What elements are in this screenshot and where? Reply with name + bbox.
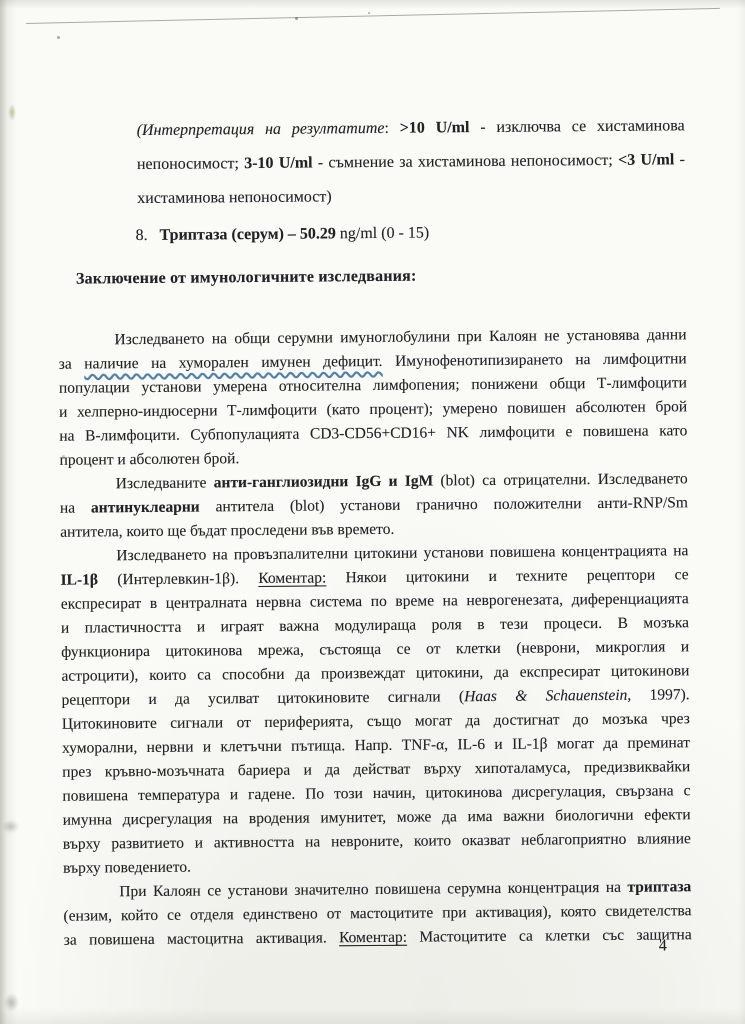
text-run: IL-1β xyxy=(61,571,99,588)
text-run: за xyxy=(59,356,85,373)
text-run: Haas & Schauenstein xyxy=(464,687,627,705)
text-run: върху поведението. xyxy=(63,859,191,877)
text-run: върху развитието и активността на неврон… xyxy=(63,830,691,852)
text-run: <3 U/ml xyxy=(618,151,674,168)
text-run: Изследваните xyxy=(116,474,214,492)
conclusion-heading: Заключение от имунологичните изследвания… xyxy=(76,268,417,289)
text-run: ng/ml (0 - 15) xyxy=(336,224,429,242)
document-content: (Интерпретация на резултатите: >10 U/ml … xyxy=(0,0,745,1024)
text-run: - xyxy=(674,151,685,168)
text-run: астроцити), които са способни да произве… xyxy=(61,662,689,684)
text-run: , 1997). xyxy=(627,686,689,704)
text-run: 3-10 U/ml xyxy=(244,155,313,173)
conclusion-body: Изследването на общи серумни имуноглобул… xyxy=(58,323,691,952)
text-run: (Интерлевкин-1β). xyxy=(98,570,258,588)
text-run: - съмнение за хистаминова непоносимост; xyxy=(313,152,619,172)
text-run: Изследването на общи серумни имуноглобул… xyxy=(114,326,686,348)
scan-background: (Интерпретация на резултатите: >10 U/ml … xyxy=(0,0,745,1024)
text-line: за повишена мастоцитна активация. Комент… xyxy=(64,923,692,952)
text-run: експресират в централната нервна система… xyxy=(61,590,689,612)
interpretation-note: (Интерпретация на резултатите: >10 U/ml … xyxy=(137,109,686,216)
text-run: (Интерпретация на резултатите xyxy=(137,120,385,139)
text-run: Коментар: xyxy=(258,569,326,587)
text-run: процент и абсолютен брой. xyxy=(59,450,239,469)
text-run: (ензим, който се отделя единствено от ма… xyxy=(63,902,691,924)
text-run: хуморални, нервни и клетъчни пътища. Нап… xyxy=(62,734,690,756)
text-line: 8. Триптаза (серум) – 50.29 ng/ml (0 - 1… xyxy=(135,220,565,248)
text-line: непоносимост; 3-10 U/ml - съмнение за хи… xyxy=(137,143,685,182)
text-run: на В-лимфоцити. Субпопулацията CD3-CD56+… xyxy=(59,422,687,444)
paragraph-tryptase-comment: При Калоян се установи значително повише… xyxy=(63,875,692,952)
text-run: Коментар: xyxy=(339,929,407,947)
page-number: 4 xyxy=(659,937,667,955)
text-run: хистаминова непоносимост) xyxy=(137,188,332,207)
text-run: антитела (blot) установи гранично положи… xyxy=(200,494,688,515)
text-run: и пластичността и играят важна модулиращ… xyxy=(61,614,689,636)
text-run: антинуклеарни xyxy=(91,499,200,517)
scanned-document-page: { "page_number": "4", "colors": { "paper… xyxy=(0,0,745,1024)
paragraph-immunophenotyping: Изследването на общи серумни имуноглобул… xyxy=(58,323,687,472)
text-run: рецептори и да усилват цитокиновите сигн… xyxy=(62,688,465,709)
text-run: функционира цитокинова мрежа, състояща с… xyxy=(61,638,689,660)
text-run: на xyxy=(60,499,91,516)
text-run: триптаза xyxy=(627,878,691,896)
text-run: 8. xyxy=(136,227,160,244)
text-run: през кръвно-мозъчната бариера и да дейст… xyxy=(62,758,690,780)
text-run: непоносимост; xyxy=(137,155,244,173)
text-run: - изключва се хистаминова xyxy=(469,117,684,136)
paragraph-cytokines-comment: Изследването на провъзпалителни цитокини… xyxy=(60,539,691,880)
text-run: Триптаза (серум) – 50.29 xyxy=(160,225,336,244)
pen-underlined-text: наличие на хуморален имунен дефицит. xyxy=(84,353,382,373)
text-run: имунна дисрегулация на вродения имунитет… xyxy=(63,806,691,828)
text-run: >10 U/ml xyxy=(400,119,470,137)
text-run: повишена температура и гадене. По този н… xyxy=(62,782,690,804)
lab-result-item-tryptase: 8. Триптаза (серум) – 50.29 ng/ml (0 - 1… xyxy=(135,220,565,248)
text-run: Имунофенотипизирането на лимфоцитни xyxy=(382,350,686,370)
text-run: : xyxy=(384,120,399,137)
paragraph-antibody-findings: Изследваните анти-ганглиозидни IgG и IgM… xyxy=(60,467,689,544)
text-run: При Калоян се установи значително повише… xyxy=(119,879,627,900)
text-run: и хелперно-индюсерни Т-лимфоцити (като п… xyxy=(59,398,687,420)
text-run: (blot) са отрицателни. Изследването xyxy=(433,470,688,489)
text-run: за повишена мастоцитна активация. xyxy=(64,929,339,948)
text-run: Цитокиновите сигнали от периферията, същ… xyxy=(62,710,690,732)
text-run: Изследването на провъзпалителни цитокини… xyxy=(116,542,688,564)
text-line: хистаминова непоносимост) xyxy=(137,177,685,216)
text-run: анти-ганглиозидни IgG и IgM xyxy=(214,472,434,491)
text-run: Някои цитокини и техните рецептори се xyxy=(326,566,688,586)
text-run: популации установи умерена относителна л… xyxy=(59,374,687,396)
text-run: антитела, които ще бъдат проследени във … xyxy=(60,521,394,541)
text-run: Мастоцитите са клетки със защитна xyxy=(407,926,692,945)
text-line: (Интерпретация на резултатите: >10 U/ml … xyxy=(137,109,685,148)
